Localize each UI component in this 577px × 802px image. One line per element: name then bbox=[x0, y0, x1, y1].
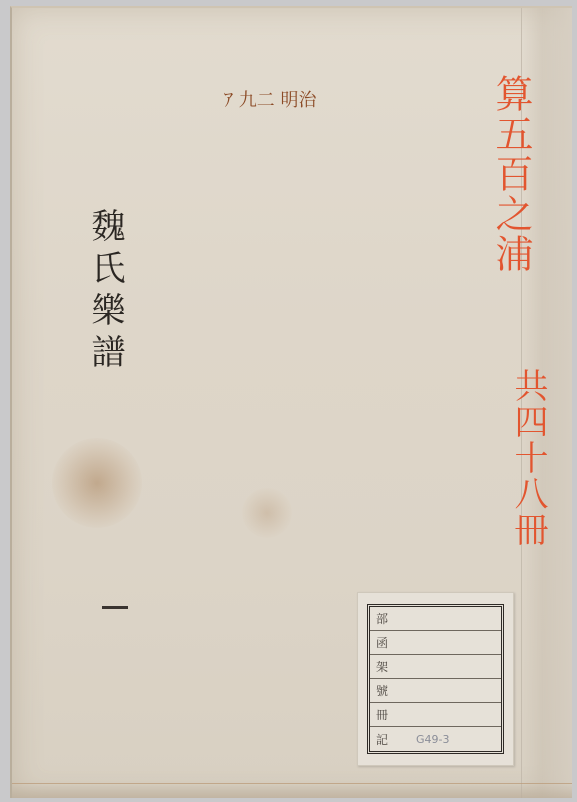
volume-number-mark bbox=[102, 606, 128, 609]
label-row: 記 G49-3 bbox=[370, 727, 501, 751]
label-key: 冊 bbox=[370, 706, 398, 723]
label-row: 函 bbox=[370, 631, 501, 655]
pencil-catalog-note: ｱ 九二 明治 bbox=[224, 86, 316, 112]
book-title: 魏氏樂譜 bbox=[90, 208, 130, 376]
label-key: 記 bbox=[370, 731, 398, 748]
label-value: G49-3 bbox=[398, 733, 450, 746]
label-row: 冊 bbox=[370, 703, 501, 727]
label-key: 號 bbox=[370, 682, 398, 699]
foxing-stain bbox=[52, 438, 142, 528]
label-key: 函 bbox=[370, 634, 398, 651]
label-frame: 部 函 架 號 冊 記 G49-3 bbox=[367, 604, 504, 754]
label-key: 部 bbox=[370, 610, 398, 627]
label-key: 架 bbox=[370, 658, 398, 675]
foxing-stain bbox=[242, 488, 292, 538]
label-row: 部 bbox=[370, 607, 501, 631]
red-annotation-top: 算五百之浦 bbox=[484, 74, 539, 274]
library-call-label: 部 函 架 號 冊 記 G49-3 bbox=[357, 592, 514, 766]
label-row: 架 bbox=[370, 655, 501, 679]
page-edge-bottom bbox=[12, 783, 572, 798]
label-row: 號 bbox=[370, 679, 501, 703]
red-annotation-bottom: 共四十八冊 bbox=[504, 368, 553, 548]
